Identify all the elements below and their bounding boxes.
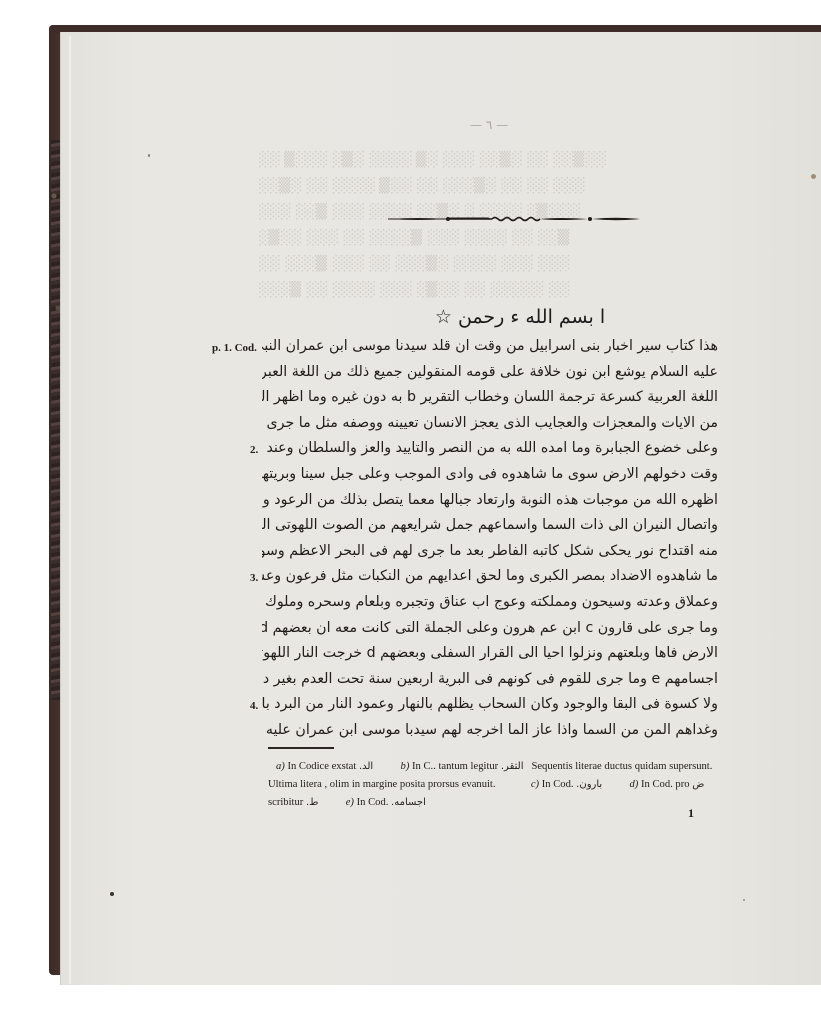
footnote-rule bbox=[268, 747, 334, 749]
text-line: واتصال النيران الى ذات السما واسماعهم جم… bbox=[262, 513, 718, 539]
paper-speck bbox=[148, 154, 150, 157]
paper-speck bbox=[110, 892, 114, 896]
text-line: عليه السلام يوشع ابن نون خلافة على قومه … bbox=[262, 360, 718, 386]
footnote-d-arabic-2: ط. bbox=[306, 797, 318, 808]
page-number: 1 bbox=[688, 806, 694, 821]
footnote-e-mark: e) bbox=[346, 797, 354, 808]
text-line: الارض فاها وبلعتهم ونزلوا احيا الى القرا… bbox=[262, 641, 718, 667]
footnote-d-text: In Cod. pro bbox=[641, 779, 690, 790]
footnote-a-mark: a) bbox=[276, 761, 285, 772]
text-line: وغداهم المن من السما واذا عاز الما اخرجه… bbox=[262, 718, 718, 744]
footnote-b-rest: Sequentis literae ductus quidam supersun… bbox=[531, 761, 712, 772]
ornamental-rule bbox=[388, 214, 642, 224]
footnote-b-arabic: التقر. bbox=[501, 761, 524, 772]
footnote-b-text: In C.. tantum legitur bbox=[412, 761, 498, 772]
text-line: منه اقتداح نور يحكى شكل كاتبه الفاطر بعد… bbox=[262, 539, 718, 565]
footnote-b-continued: Ultima litera , olim in margine posita p… bbox=[268, 779, 496, 790]
footnote-d-mark: d) bbox=[630, 779, 639, 790]
footnote-e-arabic: اجسامه. bbox=[391, 797, 426, 808]
bleed-through-text: ░▒░░ ░░░ ░░ ░░░░▒ ░░░ ░░░░ ░░ ░░▒ bbox=[258, 230, 718, 246]
bleed-through-text: ░░ ░░░▒ ░░░ ░░ ░░░▒░ ░░░░ ░░░ ░░░ bbox=[258, 256, 718, 272]
text-line: وعلى خضوع الجبابرة وما امده الله به من ا… bbox=[262, 436, 718, 462]
footnote-c-text: In Cod. bbox=[542, 779, 574, 790]
text-line: وقت دخولهم الارض سوى ما شاهدوه فى وادى ا… bbox=[262, 462, 718, 488]
footnote-c-arabic: بارون. bbox=[576, 779, 602, 790]
footnote-a-text: In Codice exstat bbox=[287, 761, 356, 772]
page-edge bbox=[69, 36, 71, 984]
footnote-line-1: a) In Codice exstat الد. b) In C.. tantu… bbox=[268, 758, 788, 776]
footnote-b-mark: b) bbox=[401, 761, 410, 772]
paper-speck bbox=[743, 899, 745, 901]
footnotes: a) In Codice exstat الد. b) In C.. tantu… bbox=[268, 758, 788, 812]
margin-note-3: 3. bbox=[250, 572, 258, 584]
paper-speck bbox=[811, 174, 816, 179]
footnote-d-continued: scribitur bbox=[268, 797, 303, 808]
bleed-through-text: ░░░▒ ░░ ░░░░ ░░░ ░▒░░ ░░ ░░░░░ ░░ bbox=[258, 282, 718, 298]
footnote-line-2: Ultima litera , olim in margine posita p… bbox=[268, 776, 788, 794]
margin-note-2: 2. bbox=[250, 444, 258, 456]
running-head-bleed-through: — ٦ — bbox=[470, 118, 508, 132]
text-line: اجسامهم e وما جرى للقوم فى كونهم فى البر… bbox=[262, 667, 718, 693]
text-line: اللغة العربية كسرعة ترجمة اللسان وخطاب ا… bbox=[262, 385, 718, 411]
text-line: ما شاهدوه الاضداد بمصر الكبرى وما لحق اع… bbox=[262, 564, 718, 590]
bleed-through-text: ░░▒░ ░░ ░░░░ ▒░░ ░░ ░░░▒░ ░░ ░░ ░░░ bbox=[258, 178, 718, 194]
footnote-e-text: In Cod. bbox=[357, 797, 389, 808]
footnote-d-arabic: ض bbox=[692, 779, 704, 790]
text-line: هذا كتاب سير اخبار بنى اسرابيل من وقت ان… bbox=[262, 334, 718, 360]
footnote-a-arabic: الد. bbox=[359, 761, 373, 772]
text-line: اظهره الله من موجبات هذه النوبة وارتعاد … bbox=[262, 488, 718, 514]
footnote-c-mark: c) bbox=[531, 779, 539, 790]
text-line: وعملاق وعدته وسيحون ومملكته وعوج اب عناق… bbox=[262, 590, 718, 616]
footnote-line-3: scribitur ط. e) In Cod. اجسامه. bbox=[268, 794, 788, 812]
bleed-through-text: ░░ ▒░░░ ░▒░ ░░░░ ▒░ ░░░ ░░▒░ ░░ ░░▒░░ bbox=[258, 152, 718, 168]
margin-note-codex-page: p. 1. Cod. bbox=[212, 342, 257, 354]
text-line: وما جرى على قارون c ابن عم هرون وعلى الج… bbox=[262, 616, 718, 642]
margin-note-4: 4. bbox=[250, 700, 258, 712]
body-text: هذا كتاب سير اخبار بنى اسرابيل من وقت ان… bbox=[262, 334, 718, 744]
text-line: ولا كسوة فى البقا والوجود وكان السحاب يظ… bbox=[262, 692, 718, 718]
text-line: من الايات والمعجزات والعجايب الذى يعجز ا… bbox=[262, 411, 718, 437]
chapter-heading: ا بسم الله ء رحمن ☆ bbox=[380, 306, 660, 328]
